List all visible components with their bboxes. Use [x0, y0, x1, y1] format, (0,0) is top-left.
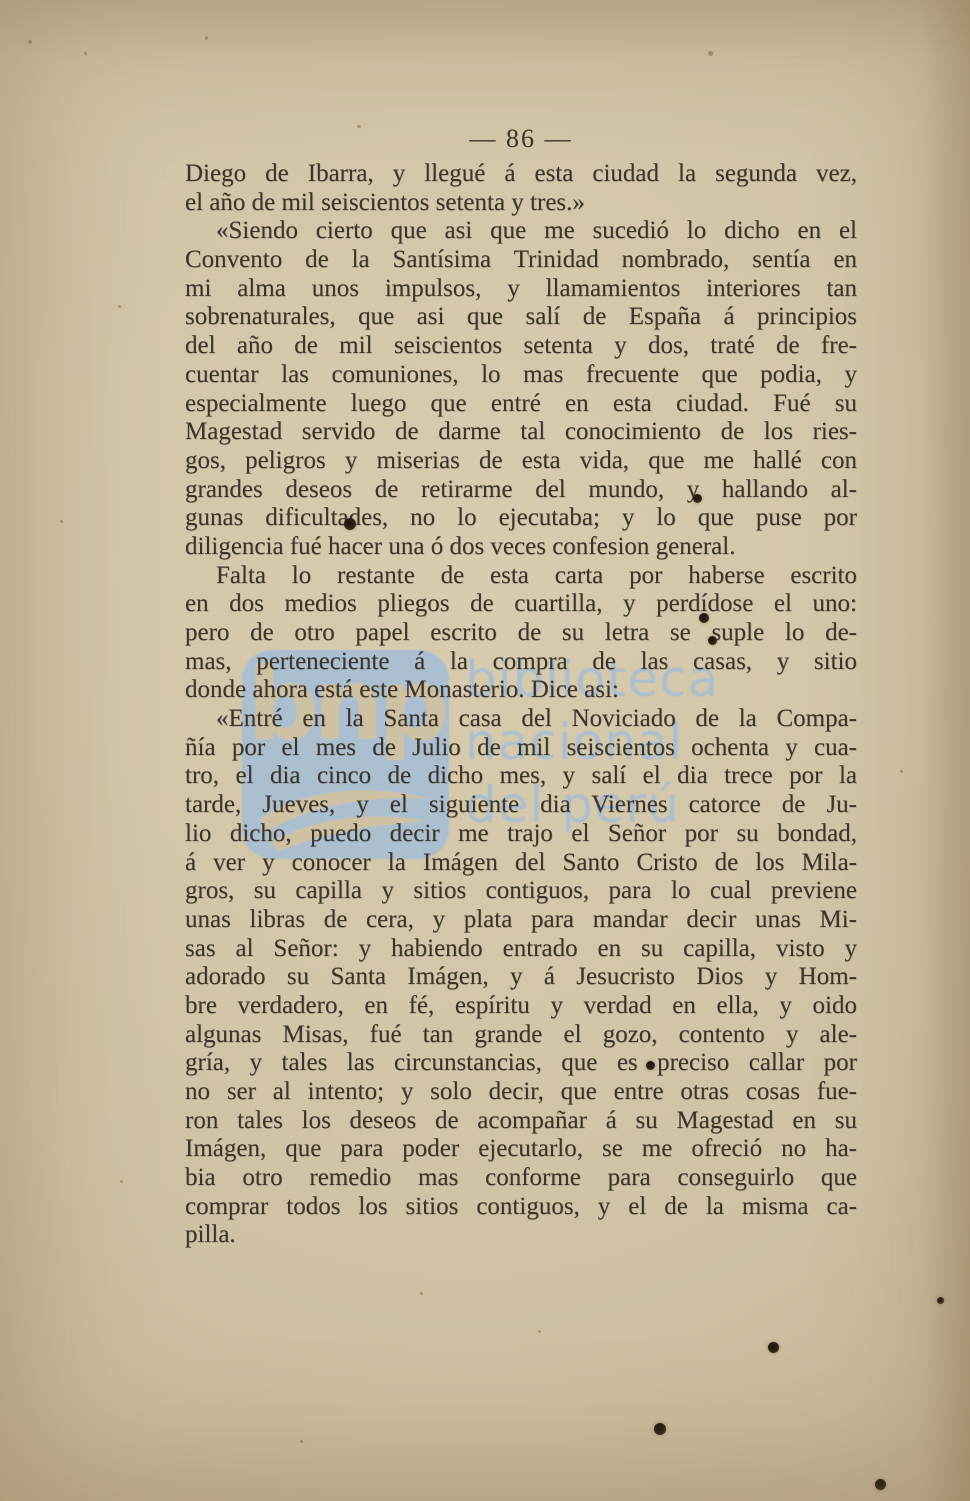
text-line: gros, su capilla y sitios contiguos, par…	[185, 877, 857, 906]
text-line: lio dicho, puedo decir me trajo el Señor…	[185, 820, 857, 849]
text-line: sas al Señor: y habiendo entrado en su c…	[185, 935, 857, 964]
paragraph: «Entré en la Santa casa del Noviciado de…	[185, 705, 857, 1250]
paper-speck	[120, 1180, 123, 1183]
text-line: unas libras de cera, y plata para mandar…	[185, 906, 857, 935]
text-line: Magestad servido de darme tal conocimien…	[185, 418, 857, 447]
ink-spot	[693, 494, 702, 503]
ink-spot	[654, 1423, 666, 1435]
ink-spot	[646, 1061, 655, 1070]
scanned-page: bnp biblioteca nacional del perú — 86 — …	[0, 0, 970, 1501]
paper-speck	[60, 520, 63, 523]
text-line: tarde, Jueves, y el siguiente dia Vierne…	[185, 791, 857, 820]
text-line: ñía por el mes de Julio de mil seiscient…	[185, 734, 857, 763]
ink-spot	[875, 1479, 886, 1490]
text-line: cuentar las comuniones, lo mas frecuente…	[185, 361, 857, 390]
ink-spot	[708, 636, 717, 645]
text-line: gría, y tales las circunstancias, que es…	[185, 1049, 857, 1078]
text-line: adorado su Santa Imágen, y á Jesucristo …	[185, 963, 857, 992]
text-line: pilla.	[185, 1221, 857, 1250]
paper-speck	[900, 770, 903, 773]
text-line: en dos medios pliegos de cuartilla, y pe…	[185, 590, 857, 619]
text-line: especialmente luego que entré en esta ci…	[185, 390, 857, 419]
ink-spot	[344, 518, 356, 530]
text-line: Convento de la Santísima Trinidad nombra…	[185, 246, 857, 275]
text-line: á ver y conocer la Imágen del Santo Cris…	[185, 849, 857, 878]
text-line: bre verdadero, en fé, espíritu y verdad …	[185, 992, 857, 1021]
paper-speck	[538, 1330, 541, 1333]
text-line: sobrenaturales, que asi que salí de Espa…	[185, 303, 857, 332]
text-line: Imágen, que para poder ejecutarlo, se me…	[185, 1135, 857, 1164]
paper-speck	[357, 125, 361, 128]
text-line: bia otro remedio mas conforme para conse…	[185, 1164, 857, 1193]
text-line: el año de mil seiscientos setenta y tres…	[185, 189, 857, 218]
text-line: mi alma unos impulsos, y llamamientos in…	[185, 275, 857, 304]
page-number: — 86 —	[185, 124, 857, 154]
text-line: gunas dificultades, no lo ejecutaba; y l…	[185, 504, 857, 533]
ink-spot	[937, 1297, 944, 1304]
text-line: tro, el dia cinco de dicho mes, y salí e…	[185, 762, 857, 791]
paper-speck	[300, 1440, 303, 1443]
paper-speck	[118, 305, 121, 308]
paper-speck	[205, 36, 208, 40]
text-line: gos, peligros y miserias de esta vida, q…	[185, 447, 857, 476]
text-line: Diego de Ibarra, y llegué á esta ciudad …	[185, 160, 857, 189]
text-line: Falta lo restante de esta carta por habe…	[185, 562, 857, 591]
text-line: mas, perteneciente á la compra de las ca…	[185, 648, 857, 677]
paragraph: Diego de Ibarra, y llegué á esta ciudad …	[185, 160, 857, 217]
text-block: Diego de Ibarra, y llegué á esta ciudad …	[185, 160, 857, 1250]
text-line: ron tales los deseos de acompañar á su M…	[185, 1107, 857, 1136]
text-line: grandes deseos de retirarme del mundo, y…	[185, 476, 857, 505]
text-line: algunas Misas, fué tan grande el gozo, c…	[185, 1021, 857, 1050]
text-line: no ser al intento; y solo decir, que ent…	[185, 1078, 857, 1107]
paragraph: «Siendo cierto que asi que me sucedió lo…	[185, 217, 857, 561]
paper-speck	[84, 52, 87, 55]
text-line: comprar todos los sitios contiguos, y el…	[185, 1193, 857, 1222]
text-line: pero de otro papel escrito de su letra s…	[185, 619, 857, 648]
text-line: diligencia fué hacer una ó dos veces con…	[185, 533, 857, 562]
text-line: donde ahora está este Monasterio. Dice a…	[185, 676, 857, 705]
paper-speck	[845, 343, 848, 346]
paragraph: Falta lo restante de esta carta por habe…	[185, 562, 857, 705]
text-line: del año de mil seiscientos setenta y dos…	[185, 332, 857, 361]
text-line: «Siendo cierto que asi que me sucedió lo…	[185, 217, 857, 246]
paper-speck	[708, 51, 713, 56]
text-line: «Entré en la Santa casa del Noviciado de…	[185, 705, 857, 734]
paper-speck	[420, 1292, 423, 1295]
paper-speck	[28, 40, 32, 44]
ink-spot	[699, 613, 709, 623]
ink-spot	[768, 1342, 779, 1353]
